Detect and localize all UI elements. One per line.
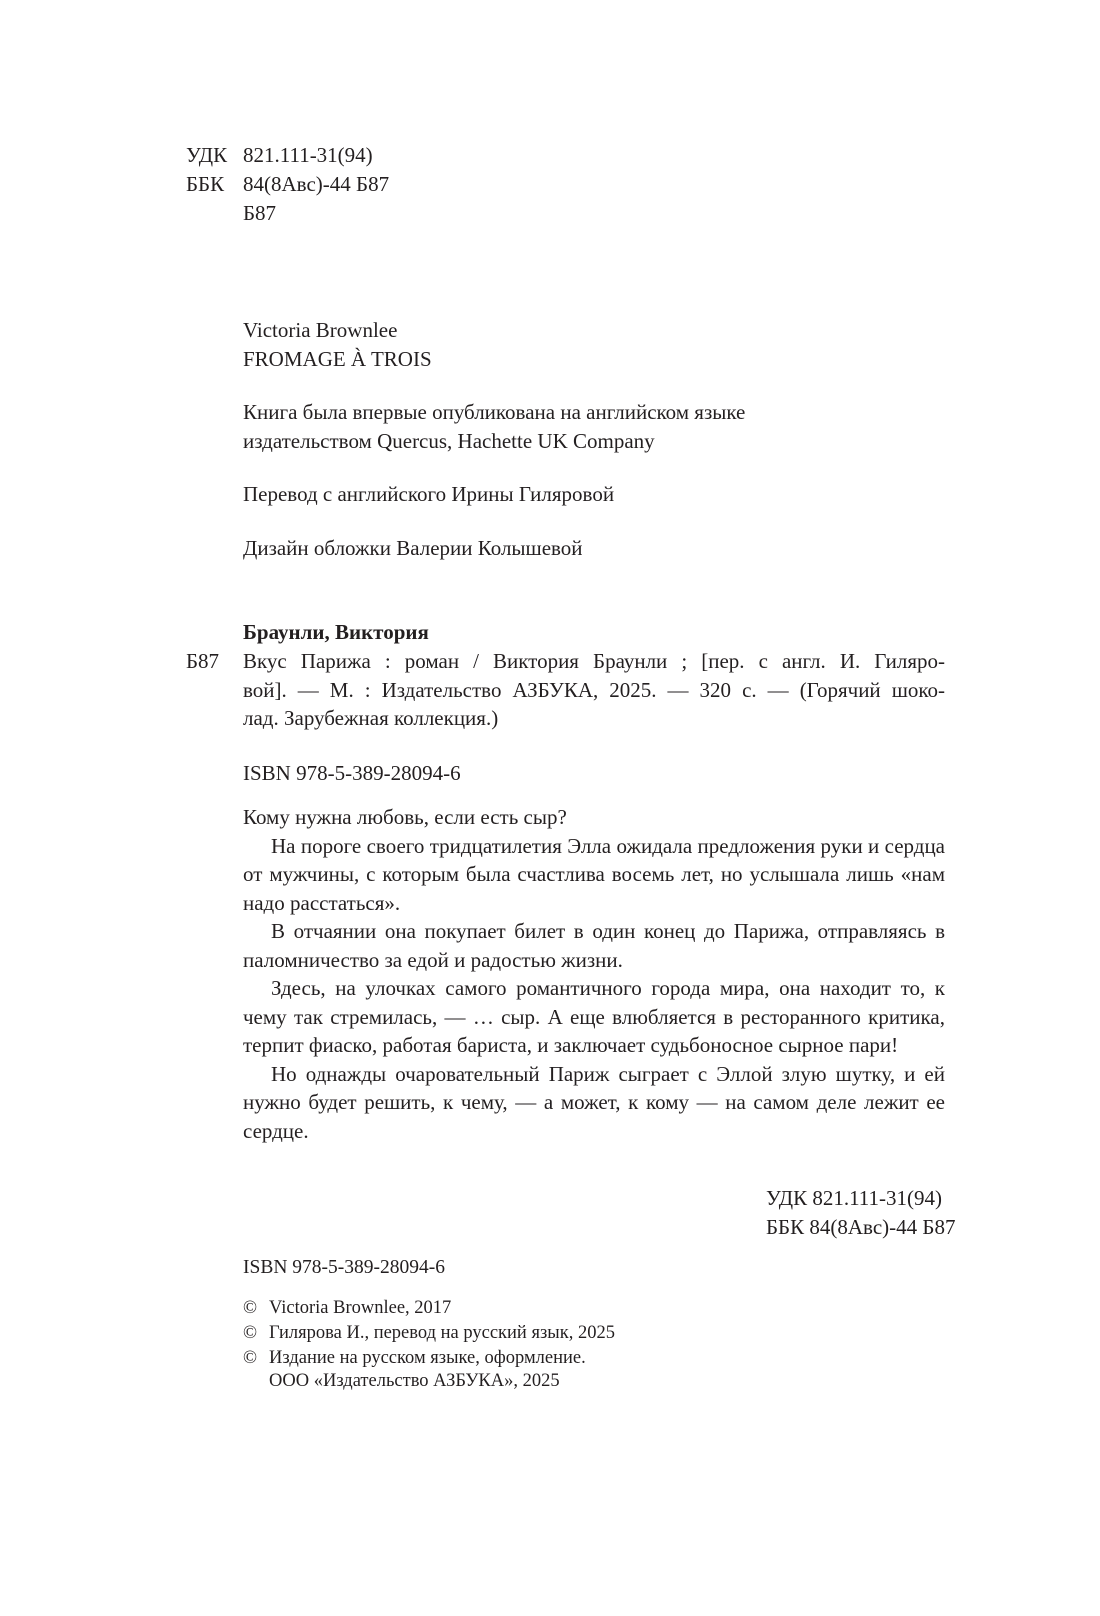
bbk-value: 84(8Авс)-44 Б87 xyxy=(243,170,389,199)
copyright-icon: © xyxy=(243,1296,269,1321)
annotation-paragraph: Здесь, на улочках самого романтичного го… xyxy=(243,974,945,1060)
udk-label: УДК xyxy=(186,141,227,170)
catalog-description: Вкус Парижа : роман / Виктория Браунли ;… xyxy=(243,647,945,733)
publication-note-line-2: издательством Quercus, Hachette UK Compa… xyxy=(243,427,655,456)
annotation-paragraph: В отчаянии она покупает билет в один кон… xyxy=(243,917,945,974)
catalog-heading: Браунли, Виктория xyxy=(243,618,429,647)
copyright-text: Издание на русском языке, оформление. xyxy=(269,1348,586,1368)
udk-value: 821.111-31(94) xyxy=(243,141,373,170)
annotation-paragraph: На пороге своего тридцатилетия Элла ожид… xyxy=(243,832,945,918)
author-mark: Б87 xyxy=(243,199,276,228)
bbk-label: ББК xyxy=(186,170,224,199)
catalog-margin-mark: Б87 xyxy=(186,647,219,676)
catalog-line-2: вой]. — М. : Издательство АЗБУКА, 2025. … xyxy=(243,676,945,705)
original-author: Victoria Brownlee xyxy=(243,316,397,345)
publisher-line: ООО «Издательство АЗБУКА», 2025 xyxy=(243,1369,560,1394)
publication-note-line-1: Книга была впервые опубликована на англи… xyxy=(243,398,745,427)
cover-design-note: Дизайн обложки Валерии Колышевой xyxy=(243,534,583,563)
original-title: FROMAGE À TROIS xyxy=(243,345,432,374)
annotation-tagline: Кому нужна любовь, если есть сыр? xyxy=(243,803,945,832)
imprint-isbn: ISBN 978-5-389-28094-6 xyxy=(243,1255,445,1280)
copyright-icon: © xyxy=(243,1321,269,1346)
footer-udk: УДК 821.111-31(94) xyxy=(766,1184,942,1213)
copyright-text: Victoria Brownlee, 2017 xyxy=(269,1298,451,1318)
annotation-paragraph: Но однажды очаровательный Париж сыграет … xyxy=(243,1060,945,1146)
annotation: Кому нужна любовь, если есть сыр? На пор… xyxy=(243,803,945,1145)
copyright-line-2: ©Гилярова И., перевод на русский язык, 2… xyxy=(243,1321,615,1346)
copyright-line-1: ©Victoria Brownlee, 2017 xyxy=(243,1296,451,1321)
footer-bbk: ББК 84(8Авс)-44 Б87 xyxy=(766,1213,955,1242)
copyright-line-3: ©Издание на русском языке, оформление. xyxy=(243,1346,586,1371)
catalog-isbn: ISBN 978-5-389-28094-6 xyxy=(243,759,461,788)
catalog-line-3: лад. Зарубежная коллекция.) xyxy=(243,704,945,733)
publisher-text: ООО «Издательство АЗБУКА», 2025 xyxy=(243,1371,560,1391)
catalog-line-1: Вкус Парижа : роман / Виктория Браунли ;… xyxy=(243,647,945,676)
copyright-text: Гилярова И., перевод на русский язык, 20… xyxy=(269,1323,615,1343)
translation-note: Перевод с английского Ирины Гиляровой xyxy=(243,480,614,509)
copyright-icon: © xyxy=(243,1346,269,1371)
